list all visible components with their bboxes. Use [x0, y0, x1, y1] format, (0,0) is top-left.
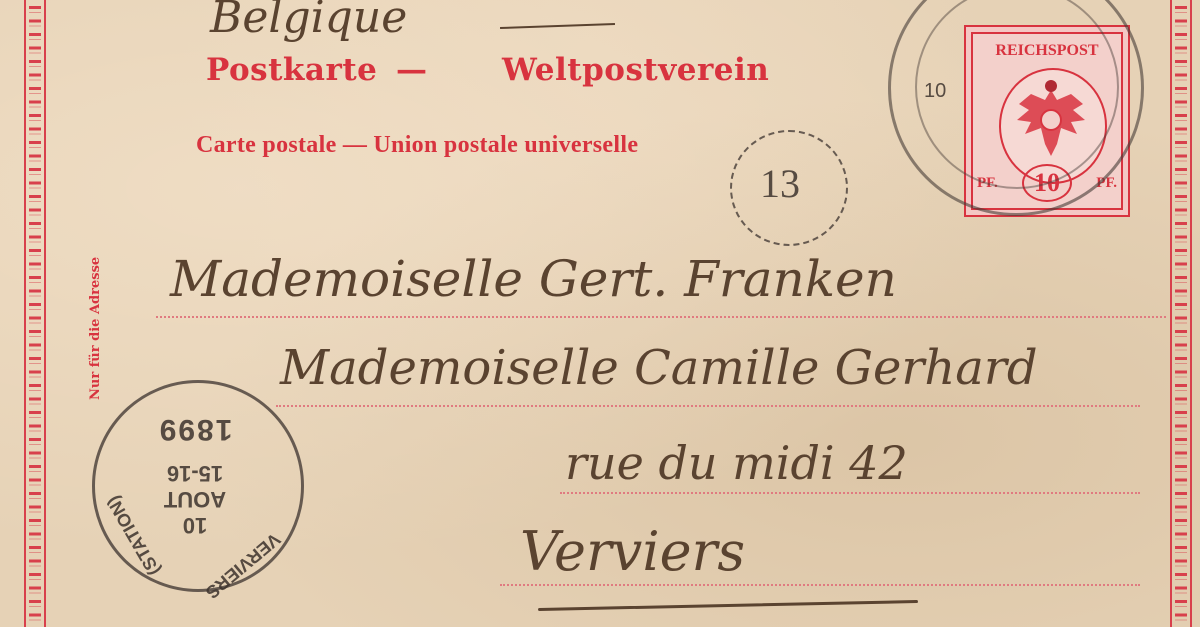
title-weltpostverein: Weltpostverein	[502, 52, 769, 88]
address-line-3	[560, 492, 1140, 494]
address-line-2	[276, 405, 1140, 407]
side-label-address: Nur für die Adresse	[88, 257, 103, 400]
left-decorative-border	[24, 0, 46, 627]
handwriting-line-3: rue du midi 42	[565, 436, 908, 490]
title-carte-postale: Carte postale — Union postale universell…	[196, 132, 638, 159]
handwriting-line-2: Mademoiselle Camille Gerhard	[280, 340, 1038, 396]
top-cancel-date: 10	[924, 80, 946, 103]
title-dash: —	[396, 52, 428, 88]
country-underline-stroke	[500, 23, 615, 29]
postmark-hour: 15-16	[92, 460, 298, 486]
city-underline-stroke	[538, 600, 918, 611]
title-postkarte: Postkarte	[206, 52, 377, 88]
right-decorative-border	[1170, 0, 1192, 627]
postcard: Postkarte — Weltpostverein Carte postale…	[0, 0, 1200, 627]
registration-number: 13	[760, 160, 800, 207]
address-line-1	[156, 316, 1166, 318]
address-line-4	[500, 584, 1140, 586]
handwriting-line-1: Mademoiselle Gert. Franken	[170, 250, 897, 308]
postmark-city: VERVIERS	[201, 528, 284, 602]
verviers-postmark-content: 10 AOUT 15-16 1899 VERVIERS (STATION)	[92, 380, 298, 586]
handwriting-country: Belgique	[210, 0, 407, 43]
postmark-year: 1899	[92, 412, 298, 446]
handwriting-line-4: Verviers	[520, 520, 745, 583]
